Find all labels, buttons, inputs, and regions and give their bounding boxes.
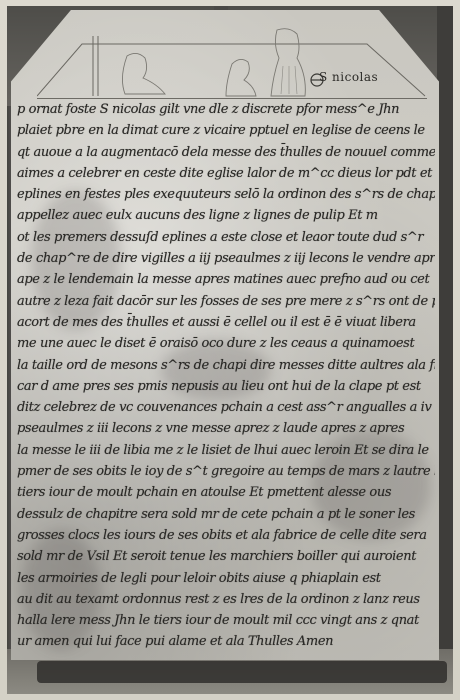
- inscription-line: p ornat foste S nicolas gilt vne dle z d…: [17, 99, 435, 120]
- inscription-line: de chap^re de dire vigilles a iij pseaul…: [17, 248, 435, 269]
- inscription-line: tiers iour de moult pchain en atoulse Et…: [17, 482, 435, 503]
- inscription-line: autre z leza fait dacōr sur les fosses d…: [17, 291, 435, 312]
- inscription-line: la messe le iii de libia me z le lisiet …: [17, 440, 435, 461]
- inscription-line: la taille ord de mesons s^rs de chapi di…: [17, 355, 435, 376]
- inscription-line: eplines en festes ples exequuteurs selō …: [17, 184, 435, 205]
- inscription-line: ditz celebrez de vc couvenances pchain a…: [17, 397, 435, 418]
- inscription-line: car d ame pres ses pmis nepusis au lieu …: [17, 376, 435, 397]
- inscription-line: ot les premers dessuſd eplines a este cl…: [17, 227, 435, 248]
- inscription-line: pseaulmes z iii lecons z vne messe aprez…: [17, 418, 435, 439]
- inscription-line: qt auoue a la augmentacō dela messe des …: [17, 142, 435, 163]
- inscription-line: halla lere mess Jhn le tiers iour de mou…: [17, 610, 435, 631]
- inscription-line: ape z le lendemain la messe apres matine…: [17, 269, 435, 290]
- inscription-line: me une auec le diset ē oraisō oco dure z…: [17, 333, 435, 354]
- inscription-line: grosses clocs les iours de ses obits et …: [17, 525, 435, 546]
- inscription-line: sold mr de Vsil Et seroit tenue les marc…: [17, 546, 435, 567]
- inscription-line: les armoiries de legli pour leloir obits…: [17, 568, 435, 589]
- engraved-scene-icon: [37, 26, 427, 98]
- inscription-line: ur amen qui lui face pui alame et ala Th…: [17, 631, 435, 652]
- inscription-line: acort de mes des t̄hulles et aussi ē cel…: [17, 312, 435, 333]
- inscription-line: au dit au texamt ordonnus rest z es lres…: [17, 589, 435, 610]
- inscription-text: p ornat foste S nicolas gilt vne dle z d…: [17, 99, 435, 653]
- inscription-line: dessulz de chapitre sera sold mr de cete…: [17, 504, 435, 525]
- background-wall-right: [437, 6, 453, 694]
- slab-base-shadow: [37, 661, 447, 683]
- inscription-line: pmer de ses obits le ioy de s^t gregoire…: [17, 461, 435, 482]
- inscription-line: plaiet pbre en la dimat cure z vicaire p…: [17, 120, 435, 141]
- engraved-scene-frame: [37, 26, 427, 99]
- saint-name-label: S nicolas: [319, 70, 378, 84]
- inscription-line: appellez auec eulx aucuns des ligne z li…: [17, 205, 435, 226]
- photograph: S nicolas p ornat foste S nicolas gilt v…: [7, 6, 453, 694]
- inscription-line: aimes a celebrer en ceste dite eglise la…: [17, 163, 435, 184]
